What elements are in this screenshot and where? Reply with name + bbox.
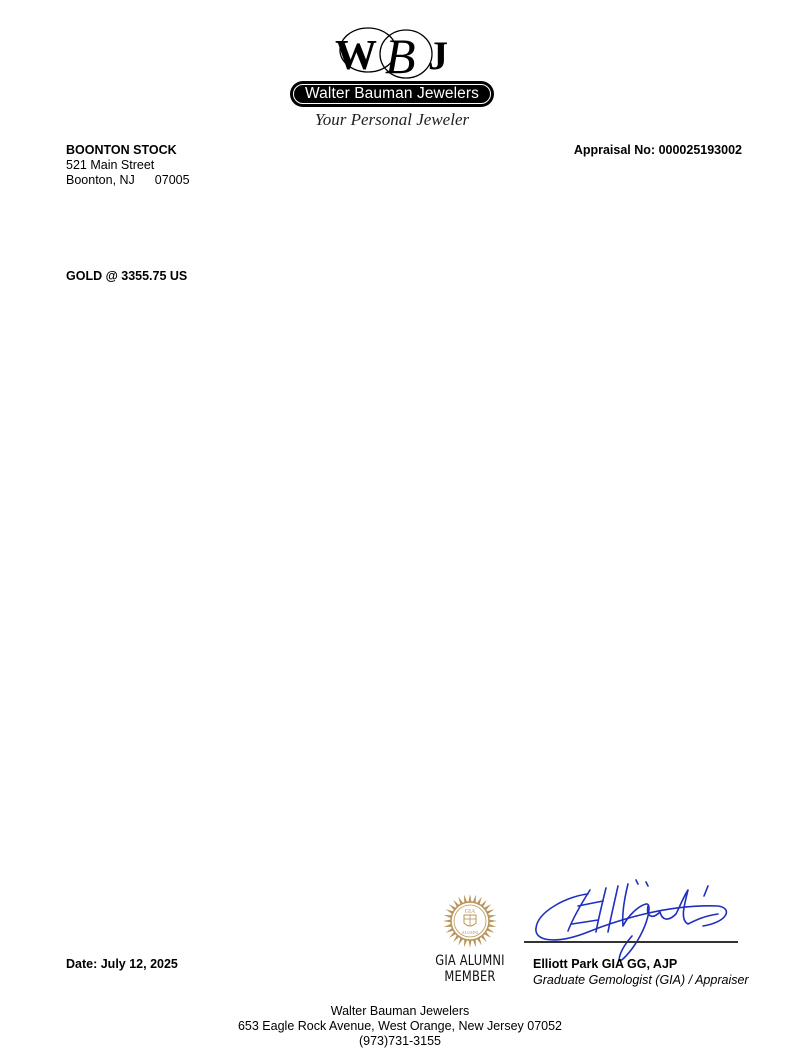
client-zip: 07005 <box>155 173 190 187</box>
footer-company: Walter Bauman Jewelers <box>0 1004 800 1019</box>
appraisal-number-line: Appraisal No: 000025193002 <box>574 143 742 158</box>
company-name: Walter Bauman Jewelers <box>293 84 491 104</box>
gia-seal-icon: GIA ALUMNI <box>442 893 498 949</box>
gia-alumni-badge: GIA ALUMNI GIA ALUMNI MEMBER <box>425 893 515 985</box>
svg-text:ALUMNI: ALUMNI <box>462 930 479 935</box>
gia-line-1: GIA ALUMNI <box>433 953 507 969</box>
footer-address: 653 Eagle Rock Avenue, West Orange, New … <box>0 1019 800 1034</box>
client-city-line: Boonton, NJ07005 <box>66 173 190 188</box>
gia-line-2: MEMBER <box>433 969 507 985</box>
client-address-block: BOONTON STOCK 521 Main Street Boonton, N… <box>66 143 190 188</box>
svg-text:GIA: GIA <box>465 909 476 915</box>
appraiser-name: Elliott Park GIA GG, AJP <box>533 957 749 972</box>
gia-alumni-text: GIA ALUMNI MEMBER <box>433 953 507 985</box>
client-street: 521 Main Street <box>66 158 190 173</box>
signature-line <box>524 941 738 943</box>
appraiser-title: Graduate Gemologist (GIA) / Appraiser <box>533 972 749 988</box>
svg-text:J: J <box>428 33 448 78</box>
footer: Walter Bauman Jewelers 653 Eagle Rock Av… <box>0 1004 800 1049</box>
appraisal-number: 000025193002 <box>659 143 742 157</box>
appraiser-block: Elliott Park GIA GG, AJP Graduate Gemolo… <box>533 957 749 988</box>
company-name-banner: Walter Bauman Jewelers <box>290 81 494 107</box>
wbj-monogram-icon: W B J <box>288 24 500 84</box>
svg-text:B: B <box>385 28 416 84</box>
client-city-state: Boonton, NJ <box>66 173 135 187</box>
appraisal-date: Date: July 12, 2025 <box>66 957 178 972</box>
company-tagline: Your Personal Jeweler <box>288 110 496 130</box>
company-logo: W B J Walter Bauman Jewelers Your Person… <box>288 24 500 132</box>
appraisal-label: Appraisal No: <box>574 143 655 157</box>
gold-price: GOLD @ 3355.75 US <box>66 269 187 284</box>
svg-text:W: W <box>335 33 377 79</box>
footer-phone: (973)731-3155 <box>0 1034 800 1049</box>
client-name: BOONTON STOCK <box>66 143 190 158</box>
